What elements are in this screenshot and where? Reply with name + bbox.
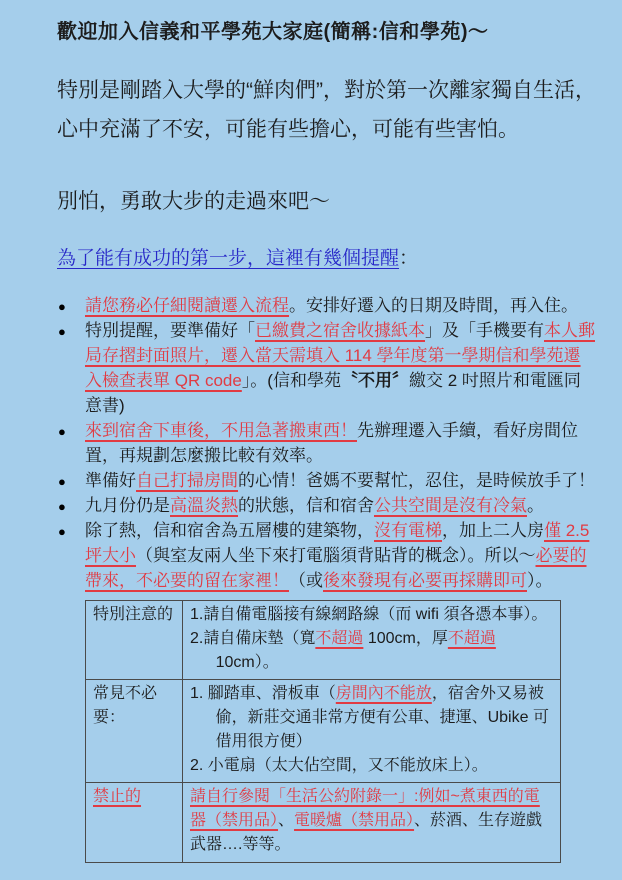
text-segment: 不超過 — [448, 630, 496, 647]
text-segment: 請您務必仔細閱讀遷入流程 — [85, 296, 289, 315]
intro-paragraph: 特別是剛踏入大學的“鮮肉們”，對於第一次離家獨自生活，心中充滿了不安，可能有些擔… — [57, 71, 596, 149]
text-segment: 。安排好遷入的日期及時間，再入住。 — [289, 296, 578, 315]
reminders-lead-link[interactable]: 為了能有成功的第一步，這裡有幾個提醒 — [57, 248, 399, 269]
text-segment: 公共空間是沒有冷氣 — [374, 496, 527, 515]
text-segment: 後來發現有必要再採購即可 — [323, 571, 527, 590]
text-segment: 」及「手機要有 — [425, 321, 544, 340]
document-page: 歡迎加入信義和平學苑大家庭(簡稱:信和學苑)～ 特別是剛踏入大學的“鮮肉們”，對… — [0, 0, 622, 863]
text-segment: 除了熱，信和宿舍為五層樓的建築物， — [85, 521, 374, 540]
text-segment: 房間內不能放 — [336, 685, 432, 702]
page-title: 歡迎加入信義和平學苑大家庭(簡稱:信和學苑)～ — [57, 18, 596, 46]
table-content-attention: 1.請自備電腦接有線網路線（而 wifi 須各憑本事）。 2.請自備床墊（寬不超… — [183, 601, 561, 680]
reminder-list: 請您務必仔細閱讀遷入流程。安排好遷入的日期及時間，再入住。 特別提醒，要準備好「… — [57, 293, 596, 593]
text-segment: 自己打掃房間 — [136, 471, 238, 490]
text-segment: 1.請自備電腦接有線網路線（而 wifi 須各憑本事）。 — [190, 606, 547, 623]
text-segment: 2. 小電扇（太大佔空間，又不能放床上）。 — [190, 757, 488, 774]
table-label-attention: 特別注意的 — [86, 601, 183, 680]
table-row-unnecessary: 常見不必要： 1. 腳踏車、滑板車（房間內不能放，宿舍外又易被偷，新莊交通非常方… — [86, 680, 561, 783]
text-segment: 九月份仍是 — [85, 496, 170, 515]
text-segment: 的心情！爸媽不要幫忙，忍住，是時候放手了！ — [238, 471, 595, 490]
text-segment: （與室友兩人坐下來打電腦須背貼背的概念）。所以～ — [136, 546, 536, 565]
text-segment: 的狀態，信和宿舍 — [238, 496, 374, 515]
text-segment: 10cm）。 — [216, 654, 279, 671]
text-segment: 不超過 — [315, 630, 363, 647]
reminder-item-prepare-documents: 特別提醒，要準備好「已繳費之宿舍收據紙本」及「手機要有本人郵局存摺封面照片，遷入… — [57, 318, 596, 418]
reminder-item-check-in-first: 來到宿舍下車後，不用急著搬東西！先辦理遷入手續，看好房間位置，再規劃怎麼搬比較有… — [57, 418, 596, 468]
table-line: 1.請自備電腦接有線網路線（而 wifi 須各憑本事）。 — [190, 603, 553, 627]
text-segment: 準備好 — [85, 471, 136, 490]
reminder-item-clean-room: 準備好自己打掃房間的心情！爸媽不要幫忙，忍住，是時候放手了！ — [57, 468, 596, 493]
text-segment: 常見不必要： — [93, 685, 157, 726]
table-row-attention: 特別注意的 1.請自備電腦接有線網路線（而 wifi 須各憑本事）。 2.請自備… — [86, 601, 561, 680]
text-segment: 高溫炎熱 — [170, 496, 238, 515]
table-content-unnecessary: 1. 腳踏車、滑板車（房間內不能放，宿舍外又易被偷，新莊交通非常方便有公車、捷運… — [183, 680, 561, 783]
text-segment: 已繳費之宿舍收據紙本 — [255, 321, 425, 340]
reminder-item-no-elevator-small-room: 除了熱，信和宿舍為五層樓的建築物，沒有電梯，加上二人房僅 2.5 坪大小（與室友… — [57, 518, 596, 593]
text-segment: 沒有電梯 — [374, 521, 442, 540]
text-segment: 特別注意的 — [93, 606, 173, 623]
text-segment: 。 — [527, 496, 544, 515]
text-segment: 電暖爐（禁用品） — [294, 812, 414, 829]
table-line: 請自行參閱「生活公約附錄一」:例如~煮東西的電器（禁用品）、電暖爐（禁用品）、菸… — [190, 785, 553, 857]
table-line: 1. 腳踏車、滑板車（房間內不能放，宿舍外又易被偷，新莊交通非常方便有公車、捷運… — [190, 682, 553, 754]
text-segment: 禁止的 — [93, 788, 141, 805]
text-segment: （或 — [289, 571, 323, 590]
reminder-item-no-aircon: 九月份仍是高溫炎熱的狀態，信和宿舍公共空間是沒有冷氣。 — [57, 493, 596, 518]
text-segment: 特別提醒，要準備好「 — [85, 321, 255, 340]
text-segment: 來到宿舍下車後，不用急著搬東西！ — [85, 421, 357, 440]
table-label-unnecessary: 常見不必要： — [86, 680, 183, 783]
table-line: 2.請自備床墊（寬不超過 100cm，厚不超過 10cm）。 — [190, 627, 553, 675]
encouragement-paragraph: 別怕，勇敢大步的走過來吧～ — [57, 182, 596, 221]
reminder-item-read-flow: 請您務必仔細閱讀遷入流程。安排好遷入的日期及時間，再入住。 — [57, 293, 596, 318]
text-segment: 、 — [278, 812, 294, 829]
text-segment: ，加上二人房 — [442, 521, 544, 540]
text-segment: ）。 — [527, 571, 553, 590]
text-segment: 2.請自備床墊（寬 — [190, 630, 315, 647]
table-line: 2. 小電扇（太大佔空間，又不能放床上）。 — [190, 754, 553, 778]
reminders-lead-colon: ： — [399, 248, 418, 269]
table-row-banned: 禁止的 請自行參閱「生活公約附錄一」:例如~煮東西的電器（禁用品）、電暖爐（禁用… — [86, 783, 561, 863]
reminders-lead: 為了能有成功的第一步，這裡有幾個提醒： — [57, 246, 596, 272]
notes-table: 特別注意的 1.請自備電腦接有線網路線（而 wifi 須各憑本事）。 2.請自備… — [85, 600, 561, 863]
table-label-banned: 禁止的 — [86, 783, 183, 863]
text-segment: 1. 腳踏車、滑板車（ — [190, 685, 336, 702]
text-segment: 100cm，厚 — [363, 630, 447, 647]
table-content-banned: 請自行參閱「生活公約附錄一」:例如~煮東西的電器（禁用品）、電暖爐（禁用品）、菸… — [183, 783, 561, 863]
text-segment: 〝不用〞 — [341, 371, 409, 390]
text-segment: 」。(信和學苑 — [242, 371, 341, 390]
